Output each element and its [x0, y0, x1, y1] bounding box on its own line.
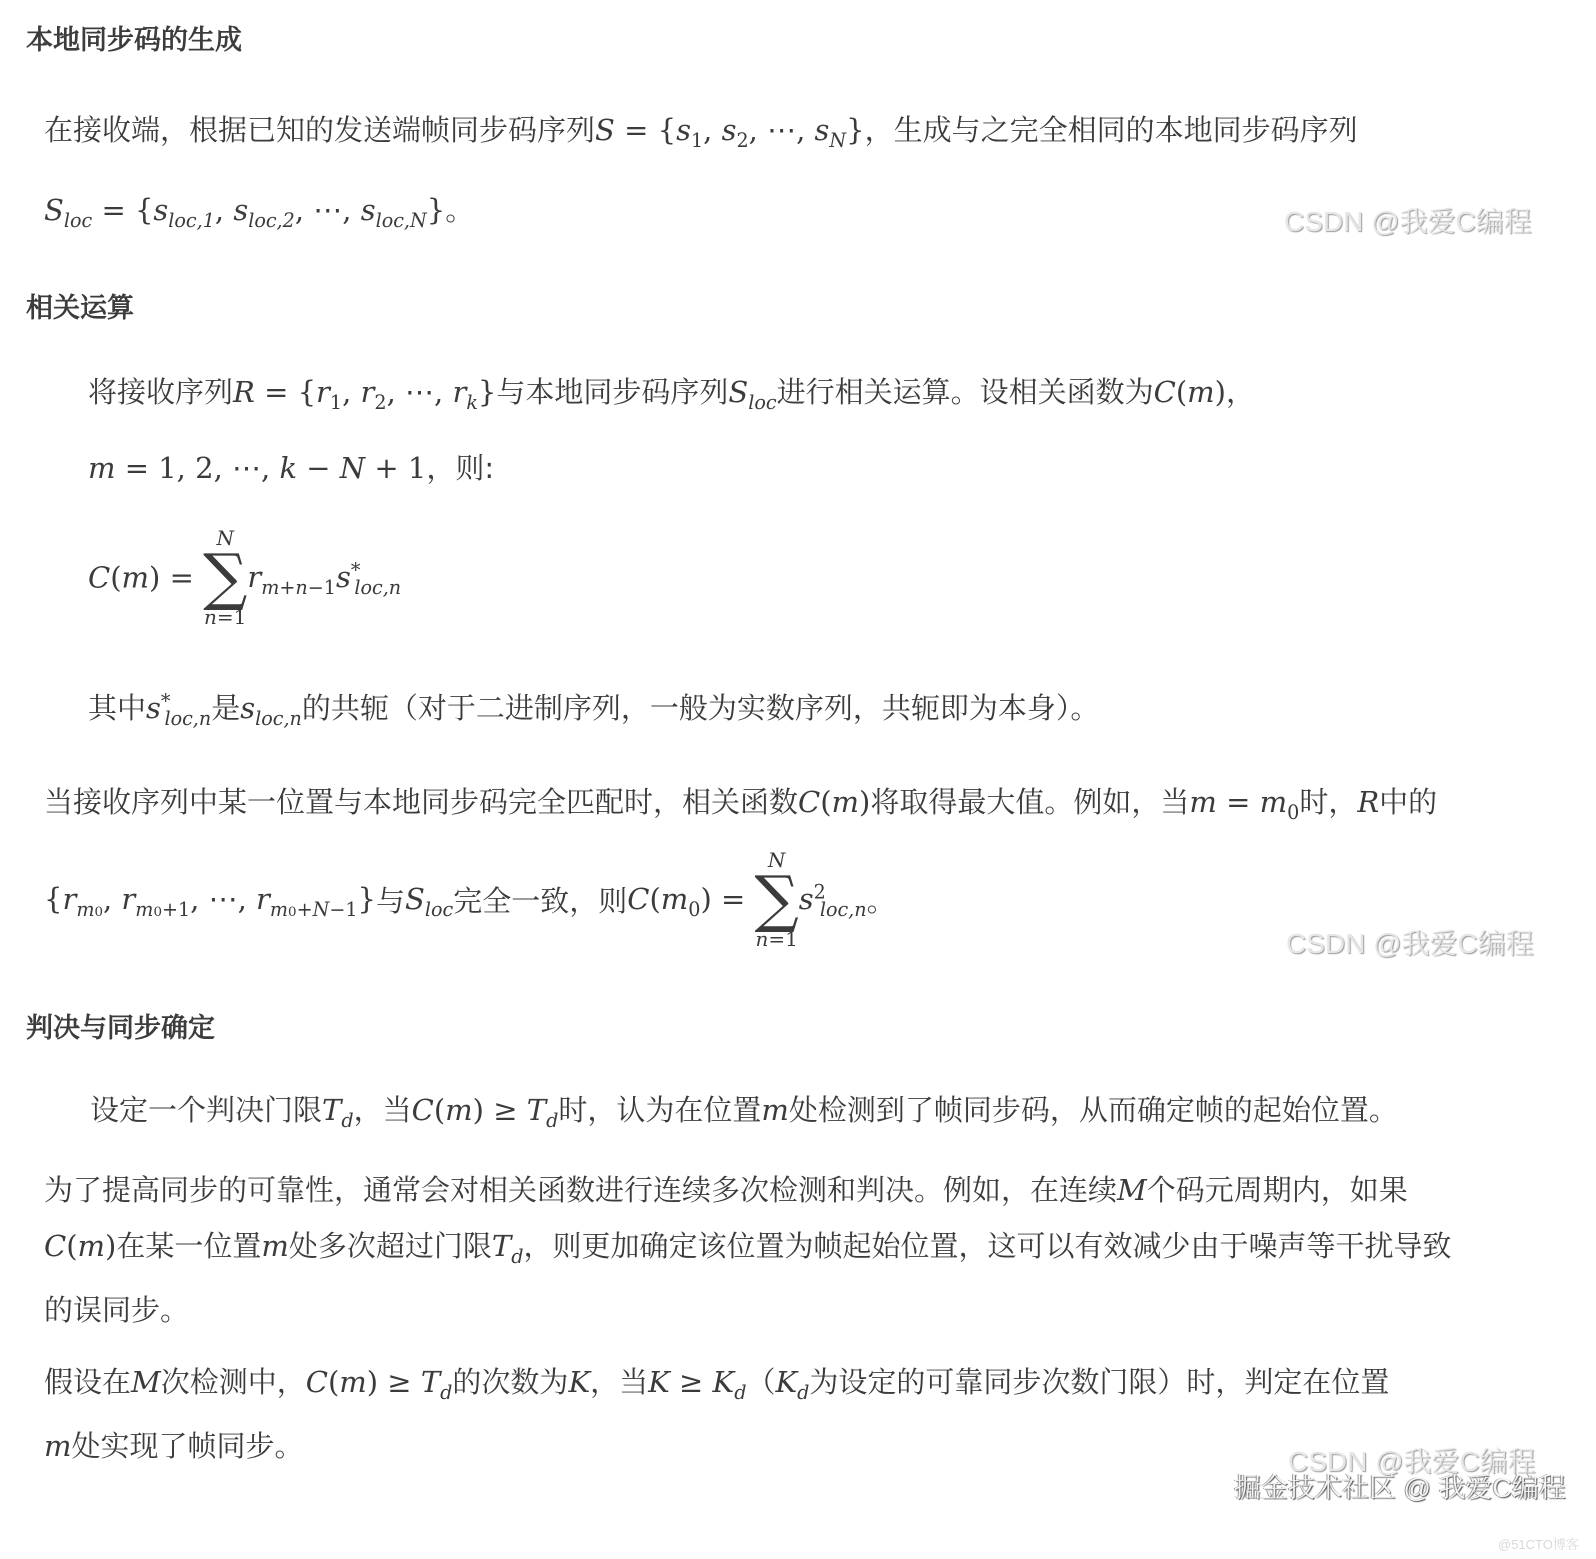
- paragraph-reliability-line3: 的误同步。: [44, 1288, 189, 1329]
- math-m: m: [761, 1093, 789, 1127]
- text: 次检测中，: [161, 1365, 306, 1399]
- math-K-ge-Kd: K ≥ Kd: [648, 1365, 746, 1399]
- paragraph-match-line1: 当接收序列中某一位置与本地同步码完全匹配时，相关函数C(m)将取得最大值。例如，…: [44, 780, 1437, 821]
- watermark-csdn: CSDN @我爱C编程: [1284, 200, 1532, 240]
- math-cm-ge-td: C(m) ≥ Td: [306, 1365, 453, 1399]
- math-s-squared: s2loc,n: [799, 882, 867, 916]
- math-r: R: [1357, 785, 1379, 819]
- text: 为设定的可靠同步次数门限）时，判定在位置: [809, 1365, 1389, 1399]
- math-sequence-s: S = {s1, s2, ⋯, sN}: [595, 113, 865, 147]
- math-m: m: [44, 1429, 72, 1463]
- text: 当接收序列中某一位置与本地同步码完全匹配时，相关函数: [44, 785, 798, 819]
- text: ，则更加确定该位置为帧起始位置，这可以有效减少由于噪声等干扰导致: [523, 1229, 1451, 1263]
- math-K: K: [568, 1365, 590, 1399]
- math-m: m: [261, 1229, 289, 1263]
- paragraph-decision-line1: 假设在M次检测中，C(m) ≥ Td的次数为K，当K ≥ Kd（Kd为设定的可靠…: [44, 1360, 1389, 1401]
- math-sequence-sloc: Sloc = {sloc,1, sloc,2, ⋯, sloc,N}: [44, 193, 445, 227]
- math-cm: C(m): [44, 1229, 116, 1263]
- text: （: [746, 1365, 775, 1399]
- text: 处实现了帧同步。: [72, 1429, 304, 1463]
- text: 与: [376, 884, 405, 918]
- watermark-juejin: 掘金技术社区 @ 我爱C编程: [1234, 1466, 1566, 1505]
- watermark-51cto: @51CTO博客: [1498, 1534, 1579, 1553]
- text: 在接收端，根据已知的发送端帧同步码序列: [44, 113, 595, 147]
- math-sequence-r: R = {r1, r2, ⋯, rk}: [233, 375, 496, 409]
- math-sloc: Sloc: [405, 882, 453, 916]
- paragraph-threshold: 设定一个判决门限Td，当C(m) ≥ Td时，认为在位置m处检测到了帧同步码，从…: [90, 1088, 1398, 1129]
- math-s-conj: s*loc,n: [146, 691, 211, 725]
- sum-symbol: N∑n=1: [203, 528, 247, 627]
- text: 的共轭（对于二进制序列，一般为实数序列，共轭即为本身）。: [302, 691, 1100, 725]
- text: 将取得最大值。例如，当: [870, 785, 1189, 819]
- paragraph-reliability-line1: 为了提高同步的可靠性，通常会对相关函数进行连续多次检测和判决。例如，在连续M个码…: [44, 1168, 1408, 1209]
- math-td: Td: [322, 1093, 354, 1127]
- math-td: Td: [492, 1229, 524, 1263]
- sum-symbol: N∑n=1: [755, 850, 799, 949]
- math-M: M: [1117, 1173, 1147, 1207]
- formula-correlation: C(m) = N∑n=1rm+n−1s*loc,n: [88, 528, 401, 627]
- math-cm-ge-td: C(m) ≥ Td: [412, 1093, 559, 1127]
- math-cm: C(m): [1154, 375, 1226, 409]
- paragraph-correlation-line2: m = 1, 2, ⋯, k − N + 1，则:: [88, 446, 494, 487]
- math-M: M: [131, 1365, 161, 1399]
- paragraph-match-line2: {rm0, rm0+1, ⋯, rm0+N−1}与Sloc完全一致，则C(m0)…: [44, 850, 896, 949]
- text: 个码元周期内，如果: [1147, 1173, 1408, 1207]
- paragraph-decision-line2: m处实现了帧同步。: [44, 1424, 304, 1465]
- paragraph-conjugate-note: 其中s*loc,n是sloc,n的共轭（对于二进制序列，一般为实数序列，共轭即为…: [88, 686, 1099, 727]
- text: 完全一致，则: [453, 884, 627, 918]
- math-s-loc-n: sloc,n: [240, 691, 302, 725]
- text: 假设在: [44, 1365, 131, 1399]
- text: 其中: [88, 691, 146, 725]
- text: ，: [1226, 375, 1255, 409]
- section-heading-decision: 判决与同步确定: [26, 1006, 215, 1045]
- text: ，当: [590, 1365, 648, 1399]
- math-Kd: Kd: [775, 1365, 809, 1399]
- text: ，则:: [426, 451, 494, 485]
- paragraph-local-sync-line2: Sloc = {sloc,1, sloc,2, ⋯, sloc,N}。: [44, 188, 474, 229]
- section-heading-correlation: 相关运算: [26, 286, 134, 325]
- section-heading-local-sync-code: 本地同步码的生成: [26, 18, 242, 57]
- text: 。: [445, 193, 474, 227]
- text: 进行相关运算。设相关函数为: [777, 375, 1154, 409]
- watermark-csdn: CSDN @我爱C编程: [1286, 922, 1534, 962]
- math-sloc: Sloc: [728, 375, 776, 409]
- text: 是: [211, 691, 240, 725]
- text: 时，: [1299, 785, 1357, 819]
- text: 为了提高同步的可靠性，通常会对相关函数进行连续多次检测和判决。例如，在连续: [44, 1173, 1117, 1207]
- text: 处多次超过门限: [289, 1229, 492, 1263]
- text: 时，认为在位置: [558, 1093, 761, 1127]
- text: 中的: [1379, 785, 1437, 819]
- math-r-window: {rm0, rm0+1, ⋯, rm0+N−1}: [44, 882, 376, 916]
- paragraph-reliability-line2: C(m)在某一位置m处多次超过门限Td，则更加确定该位置为帧起始位置，这可以有效…: [44, 1224, 1452, 1265]
- text: 与本地同步码序列: [496, 375, 728, 409]
- text: 。: [867, 884, 896, 918]
- text: ，当: [354, 1093, 412, 1127]
- text: 处检测到了帧同步码，从而确定帧的起始位置。: [789, 1093, 1398, 1127]
- math-c-m0: C(m0) =: [627, 882, 754, 916]
- math-m-range: m = 1, 2, ⋯, k − N + 1: [88, 451, 426, 485]
- text: 将接收序列: [88, 375, 233, 409]
- paragraph-local-sync-line1: 在接收端，根据已知的发送端帧同步码序列S = {s1, s2, ⋯, sN}，生…: [44, 108, 1358, 149]
- text: 在某一位置: [116, 1229, 261, 1263]
- paragraph-correlation-line1: 将接收序列R = {r1, r2, ⋯, rk}与本地同步码序列Sloc进行相关…: [88, 370, 1255, 411]
- text: 的次数为: [452, 1365, 568, 1399]
- text: ，生成与之完全相同的本地同步码序列: [865, 113, 1358, 147]
- math-cm: C(m): [798, 785, 870, 819]
- text: 设定一个判决门限: [90, 1093, 322, 1127]
- math-m-eq-m0: m = m0: [1189, 785, 1299, 819]
